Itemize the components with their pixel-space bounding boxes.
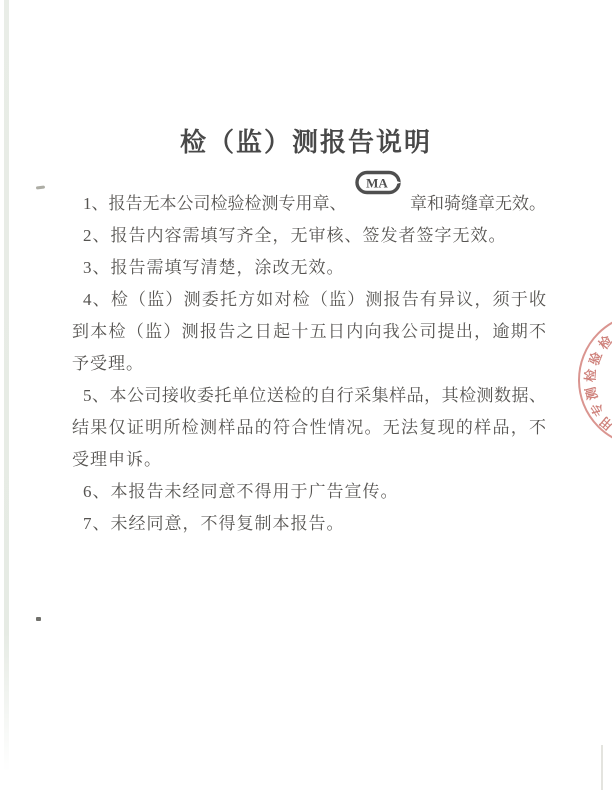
red-seal-character: 检 xyxy=(584,369,598,383)
note-item-5-line-2: 结果仅证明所检测样品的符合性情况。无法复现的样品，不 xyxy=(72,412,546,444)
note-1-text-before-mark: 1、报告无本公司检验检测专用章、 xyxy=(83,188,347,220)
cma-mark-icon: MA xyxy=(355,170,401,206)
note-item-2: 2、报告内容需填写齐全，无审核、签发者签字无效。 xyxy=(72,220,546,252)
note-item-4-line-3: 予受理。 xyxy=(72,348,546,380)
note-item-3: 3、报告需填写清楚，涂改无效。 xyxy=(72,252,546,284)
scan-edge-strip xyxy=(4,0,9,772)
note-1-text-after-mark: 章和骑缝章无效。 xyxy=(410,188,546,220)
cma-mark-label: MA xyxy=(366,176,388,191)
scanned-report-page: 检（监）测报告说明 1、报告无本公司检验检测专用章、 MA 章和骑缝章无效。 2… xyxy=(0,0,612,792)
report-notes: 1、报告无本公司检验检测专用章、 MA 章和骑缝章无效。 2、报告内容需填写齐全… xyxy=(72,188,546,540)
scan-speck xyxy=(36,185,45,189)
note-item-5-line-3: 受理申诉。 xyxy=(72,444,546,476)
page-title: 检（监）测报告说明 xyxy=(0,122,612,159)
note-item-5-line-1: 5、本公司接收委托单位送检的自行采集样品，其检测数据、 xyxy=(72,380,546,412)
note-item-1: 1、报告无本公司检验检测专用章、 MA 章和骑缝章无效。 xyxy=(72,188,546,220)
note-item-4-line-1: 4、检（监）测委托方如对检（监）测报告有异议，须于收 xyxy=(72,284,546,316)
note-item-7: 7、未经同意，不得复制本报告。 xyxy=(72,508,546,540)
scan-speck xyxy=(36,617,41,621)
note-item-4-line-2: 到本检（监）测报告之日起十五日内向我公司提出，逾期不 xyxy=(72,316,546,348)
scan-edge-line xyxy=(601,745,603,790)
note-item-6: 6、本报告未经同意不得用于广告宣传。 xyxy=(72,476,546,508)
